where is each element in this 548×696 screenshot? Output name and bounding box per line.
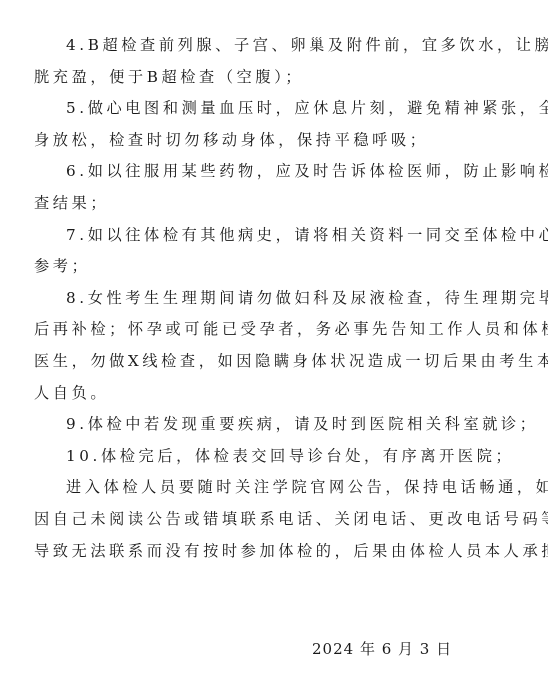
text-line: 导致无法联系而没有按时参加体检的，后果由体检人员本人承担。 — [34, 536, 510, 568]
text-line: 医生，勿做X线检查，如因隐瞒身体状况造成一切后果由考生本 — [34, 346, 510, 378]
document-body: 4.B超检查前列腺、子宫、卵巢及附件前，宜多饮水，让膀 胱充盈，便于B超检查（空… — [34, 30, 510, 567]
text-line: 查结果； — [34, 188, 510, 220]
text-line: 4.B超检查前列腺、子宫、卵巢及附件前，宜多饮水，让膀 — [34, 30, 510, 62]
text-line: 7.如以往体检有其他病史，请将相关资料一同交至体检中心 — [34, 220, 510, 252]
document-date: 2024 年 6 月 3 日 — [312, 638, 452, 659]
text-line: 10.体检完后，体检表交回导诊台处，有序离开医院； — [34, 441, 510, 473]
text-line: 后再补检；怀孕或可能已受孕者，务必事先告知工作人员和体检 — [34, 314, 510, 346]
text-line: 因自己未阅读公告或错填联系电话、关闭电话、更改电话号码等 — [34, 504, 510, 536]
paragraph-item-8: 8.女性考生生理期间请勿做妇科及尿液检查，待生理期完毕 后再补检；怀孕或可能已受… — [34, 283, 510, 409]
text-line: 人自负。 — [34, 378, 510, 410]
paragraph-item-6: 6.如以往服用某些药物，应及时告诉体检医师，防止影响检 查结果； — [34, 156, 510, 219]
text-line: 进入体检人员要随时关注学院官网公告，保持电话畅通，如 — [34, 472, 510, 504]
text-line: 参考； — [34, 251, 510, 283]
text-line: 9.体检中若发现重要疾病，请及时到医院相关科室就诊； — [34, 409, 510, 441]
text-line: 8.女性考生生理期间请勿做妇科及尿液检查，待生理期完毕 — [34, 283, 510, 315]
text-line: 身放松，检查时切勿移动身体，保持平稳呼吸； — [34, 125, 510, 157]
closing-note-paragraph: 进入体检人员要随时关注学院官网公告，保持电话畅通，如 因自己未阅读公告或错填联系… — [34, 472, 510, 567]
paragraph-item-4: 4.B超检查前列腺、子宫、卵巢及附件前，宜多饮水，让膀 胱充盈，便于B超检查（空… — [34, 30, 510, 93]
paragraph-item-9: 9.体检中若发现重要疾病，请及时到医院相关科室就诊； — [34, 409, 510, 441]
paragraph-item-7: 7.如以往体检有其他病史，请将相关资料一同交至体检中心 参考； — [34, 220, 510, 283]
text-line: 5.做心电图和测量血压时，应休息片刻，避免精神紧张，全 — [34, 93, 510, 125]
text-line: 胱充盈，便于B超检查（空腹）； — [34, 62, 510, 94]
paragraph-item-10: 10.体检完后，体检表交回导诊台处，有序离开医院； — [34, 441, 510, 473]
text-line: 6.如以往服用某些药物，应及时告诉体检医师，防止影响检 — [34, 156, 510, 188]
paragraph-item-5: 5.做心电图和测量血压时，应休息片刻，避免精神紧张，全 身放松，检查时切勿移动身… — [34, 93, 510, 156]
